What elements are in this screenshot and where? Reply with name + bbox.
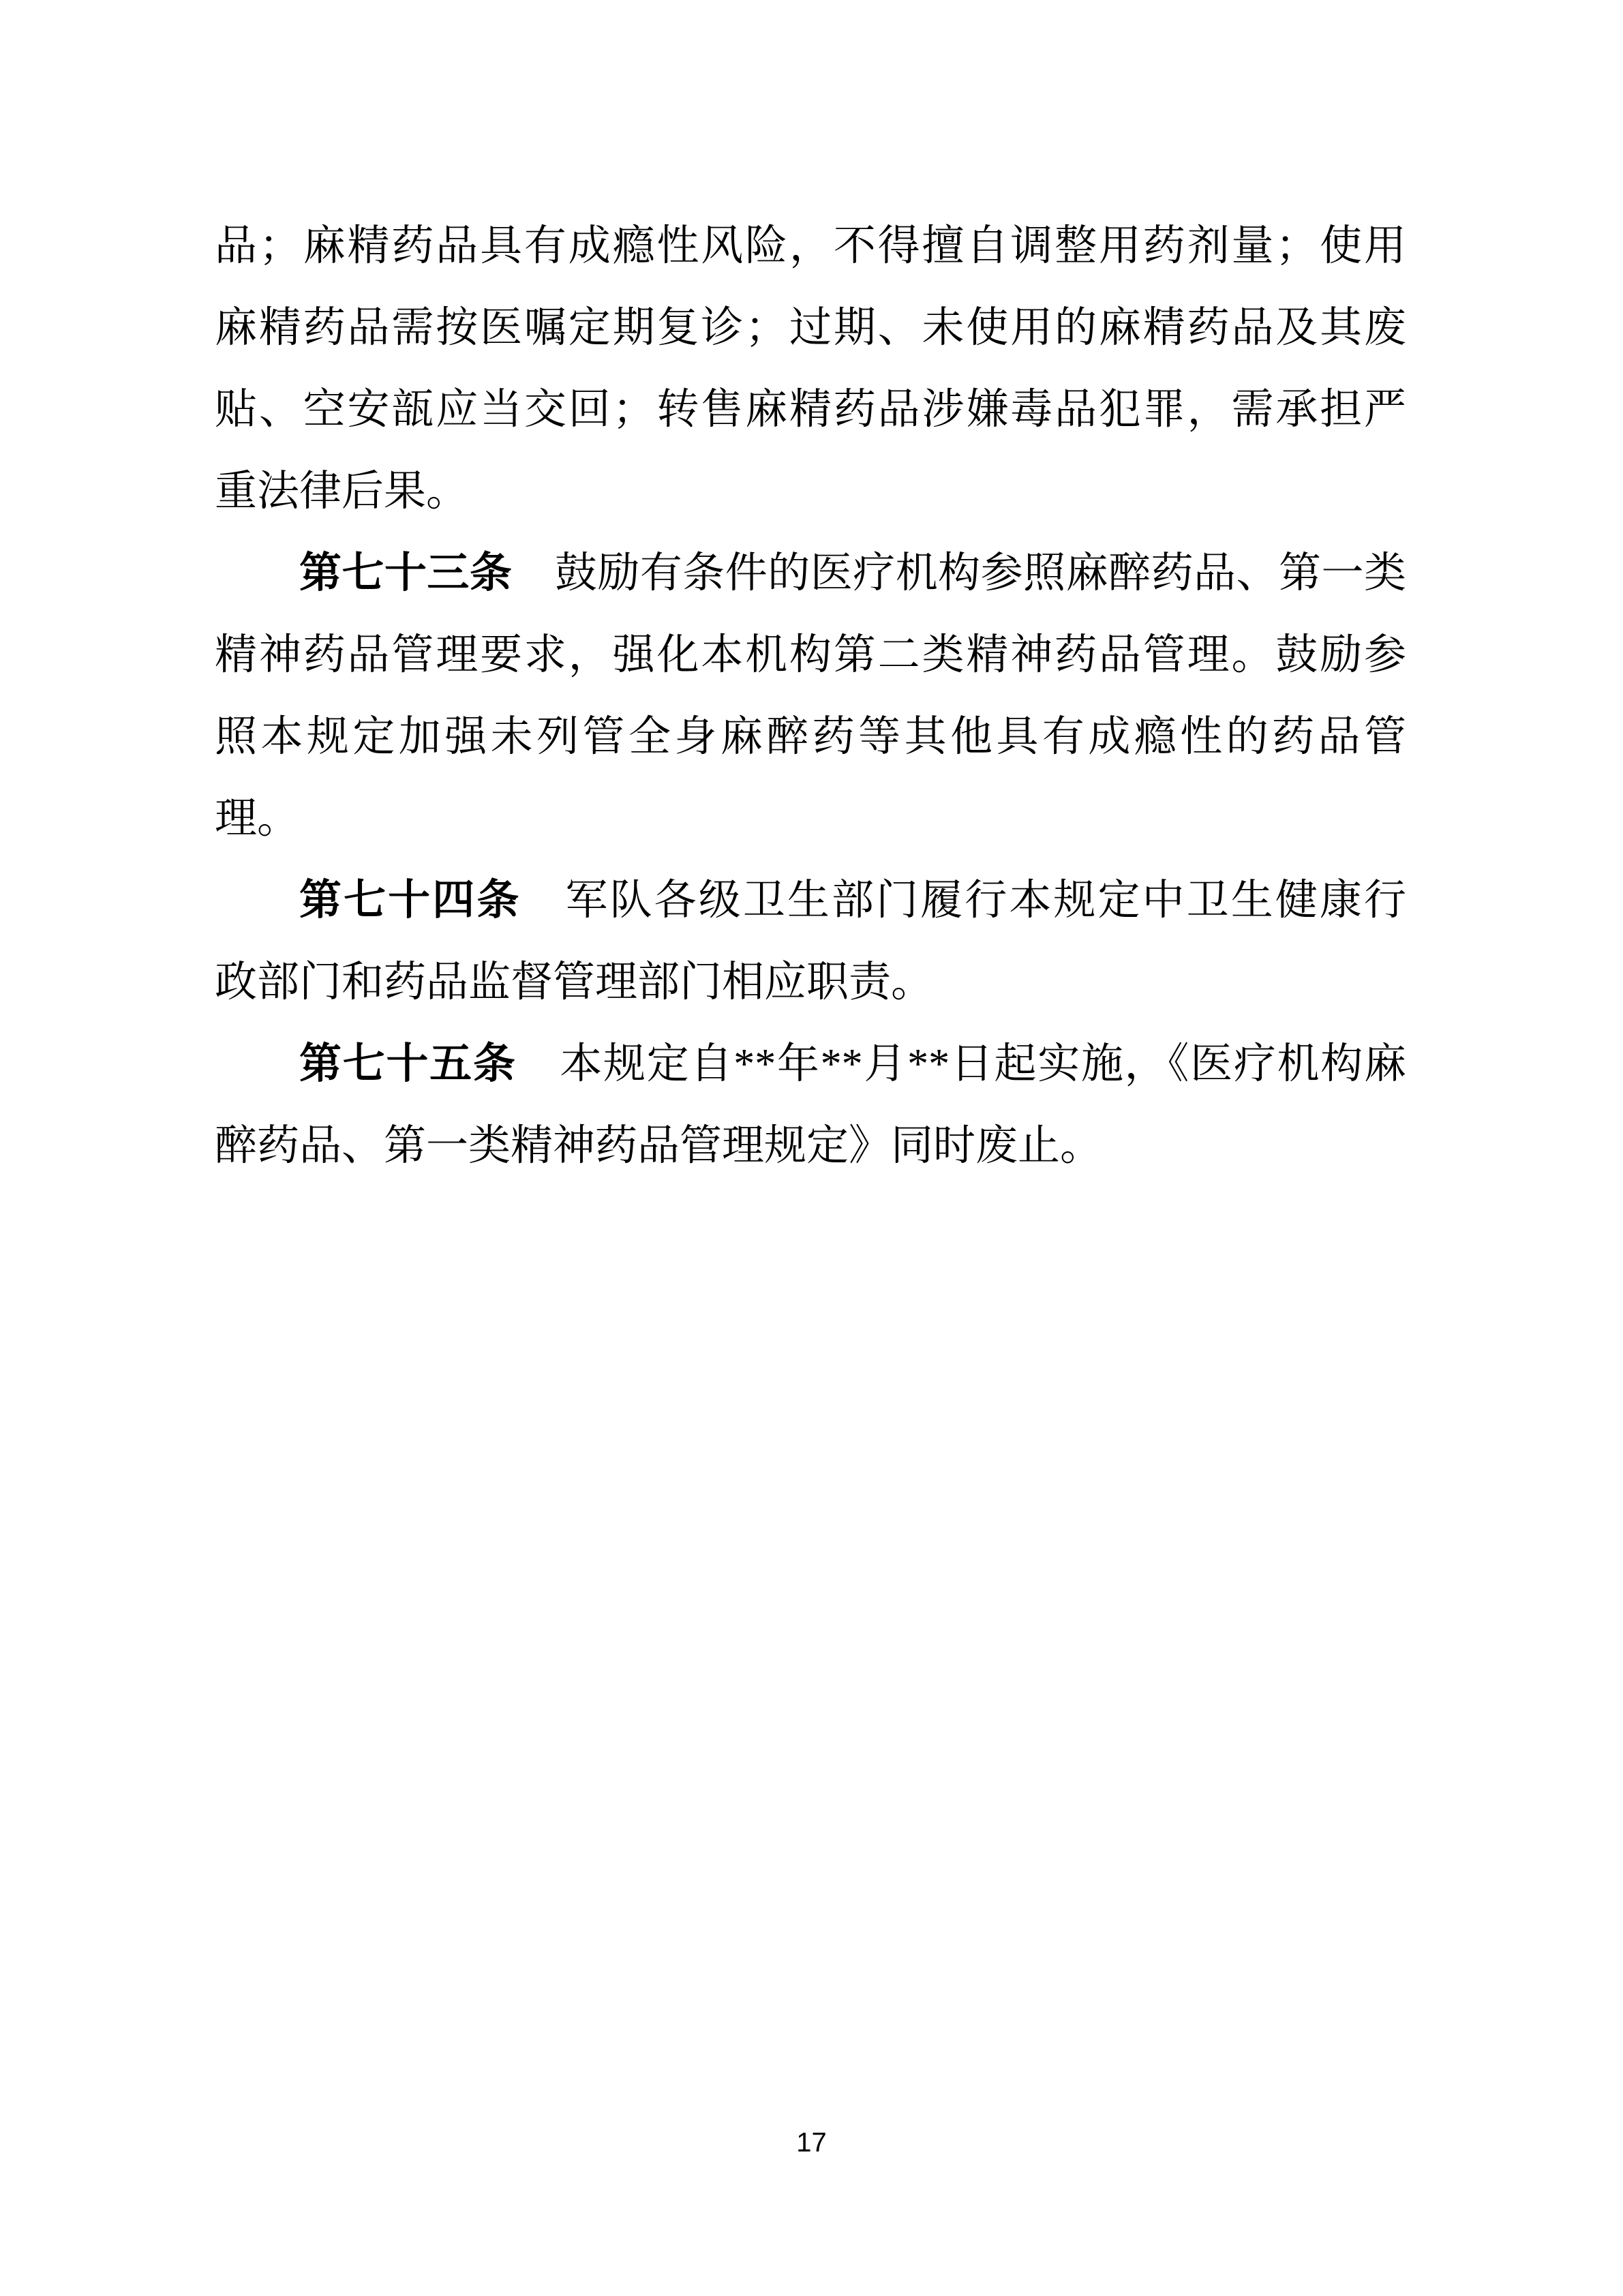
line-text: 醉药品、第一类精神药品管理规定》同时废止。 — [215, 1123, 1102, 1169]
paragraph: 品；麻精药品具有成瘾性风险，不得擅自调整用药剂量；使用 麻精药品需按医嘱定期复诊… — [215, 205, 1406, 532]
document-page: 品；麻精药品具有成瘾性风险，不得擅自调整用药剂量；使用 麻精药品需按医嘱定期复诊… — [0, 0, 1623, 2296]
text-line: 第七十五条 本规定自**年**月**日起实施，《医疗机构麻 — [215, 1023, 1406, 1105]
line-text: 鼓励有条件的医疗机构参照麻醉药品、第一类 — [555, 550, 1406, 596]
article-number-heading: 第七十三条 — [299, 550, 555, 596]
line-text: 照本规定加强未列管全身麻醉药等其他具有成瘾性的药品管 — [215, 714, 1406, 760]
line-text: 品；麻精药品具有成瘾性风险，不得擅自调整用药剂量；使用 — [215, 223, 1406, 269]
line-text: 军队各级卫生部门履行本规定中卫生健康行 — [566, 877, 1406, 924]
text-line: 第七十四条 军队各级卫生部门履行本规定中卫生健康行 — [215, 860, 1406, 941]
document-body: 品；麻精药品具有成瘾性风险，不得擅自调整用药剂量；使用 麻精药品需按医嘱定期复诊… — [215, 205, 1406, 1187]
text-line: 照本规定加强未列管全身麻醉药等其他具有成瘾性的药品管 — [215, 696, 1406, 778]
line-text: 麻精药品需按医嘱定期复诊；过期、未使用的麻精药品及其废 — [215, 305, 1406, 351]
article-number-heading: 第七十四条 — [299, 877, 566, 924]
text-line: 理。 — [215, 778, 1406, 860]
text-line: 醉药品、第一类精神药品管理规定》同时废止。 — [215, 1105, 1406, 1187]
line-text: 精神药品管理要求，强化本机构第二类精神药品管理。鼓励参 — [215, 632, 1406, 678]
text-line: 精神药品管理要求，强化本机构第二类精神药品管理。鼓励参 — [215, 614, 1406, 696]
article-number-heading: 第七十五条 — [299, 1041, 560, 1087]
text-line: 第七十三条 鼓励有条件的医疗机构参照麻醉药品、第一类 — [215, 532, 1406, 614]
text-line: 贴、空安瓿应当交回；转售麻精药品涉嫌毒品犯罪，需承担严 — [215, 369, 1406, 451]
line-text: 政部门和药品监督管理部门相应职责。 — [215, 959, 933, 1006]
page-number: 17 — [0, 2127, 1623, 2158]
text-line: 重法律后果。 — [215, 451, 1406, 532]
line-text: 贴、空安瓿应当交回；转售麻精药品涉嫌毒品犯罪，需承担严 — [215, 387, 1406, 433]
line-text: 理。 — [215, 796, 299, 842]
line-text: 重法律后果。 — [215, 468, 468, 515]
paragraph: 第七十五条 本规定自**年**月**日起实施，《医疗机构麻 醉药品、第一类精神药… — [215, 1023, 1406, 1187]
paragraph: 第七十四条 军队各级卫生部门履行本规定中卫生健康行 政部门和药品监督管理部门相应… — [215, 860, 1406, 1023]
paragraph: 第七十三条 鼓励有条件的医疗机构参照麻醉药品、第一类 精神药品管理要求，强化本机… — [215, 532, 1406, 860]
text-line: 麻精药品需按医嘱定期复诊；过期、未使用的麻精药品及其废 — [215, 287, 1406, 369]
text-line: 品；麻精药品具有成瘾性风险，不得擅自调整用药剂量；使用 — [215, 205, 1406, 287]
text-line: 政部门和药品监督管理部门相应职责。 — [215, 941, 1406, 1023]
line-text: 本规定自**年**月**日起实施，《医疗机构麻 — [560, 1041, 1406, 1087]
